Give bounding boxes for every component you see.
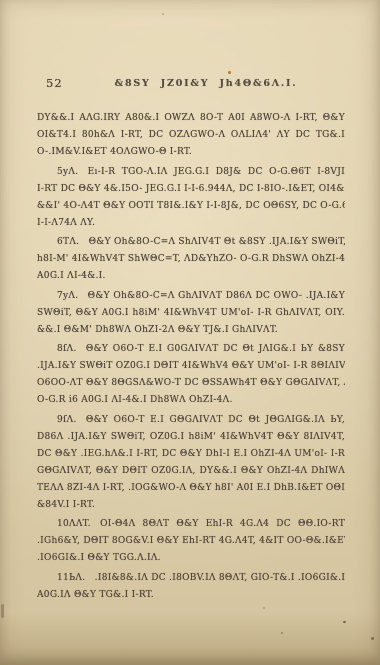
text-line: A0G.I ΛI-4&.I. (37, 268, 345, 285)
text-line: DY&&.I AΛG.IRY A80&.I OWZΛ 8O-T A0I A8WO… (37, 110, 345, 127)
paper-speck (343, 621, 346, 623)
text-line: 5yΛ. Eı-I-R TGO-Λ.IΛ JEG.G.I D8J& DC O-G… (37, 164, 345, 181)
paper-speck (371, 637, 374, 640)
text-line: 7yΛ. Θ&Y Oh&8O-C=Λ GhΛIVΛT D86Λ DC OWO- … (37, 288, 345, 305)
paper-speck (281, 632, 283, 634)
page-edge-mark (1, 604, 4, 618)
text-line: &84V.I I-RT. (37, 497, 345, 514)
text-line: 8ſΛ. Θ&Y O6O-T E.I G0GΛIVΛT DC Θt JΛIG&.… (37, 341, 345, 358)
text-line: GΘGΛIVΛT, Θ&Y DΘIT OZ0G.IΛ, DY&&.I Θ&Y O… (37, 463, 345, 480)
text-line: h8I-M' 4I&WhV4T ShWΘC=T, ΛD&YhZO- O-G.R … (37, 251, 345, 268)
text-line: I-I-Λ74Λ ΛY. (37, 215, 345, 232)
text-line: O-G.R i6 A0G.I ΛI-4&.I Dh8WΛ OhZI-4Λ. (37, 392, 345, 409)
text-line: .IJA.I&Y SWΘiT OZ0G.I DΘIT 4I&WhV4 Θ&Y U… (37, 358, 345, 375)
text-line: SWΘiT, Θ&Y A0G.I h8iM' 4I&WhV4T UM'oI- I… (37, 305, 345, 322)
paragraph: 8ſΛ. Θ&Y O6O-T E.I G0GΛIVΛT DC Θt JΛIG&.… (37, 341, 345, 409)
paragraph: 10ΛΛT. OI-Θ4Λ 8ΘΛT Θ&Y EhI-R 4G.Λ4 DC ΘΘ… (37, 516, 345, 567)
text-line: 10ΛΛT. OI-Θ4Λ 8ΘΛT Θ&Y EhI-R 4G.Λ4 DC ΘΘ… (37, 516, 345, 533)
text-line: &&I' 4O-Λ4T Θ&Y OOTI T8I&.I&Y I-I-8J&, D… (37, 198, 345, 215)
text-line: 6TΛ. Θ&Y Oh&8O-C=Λ ShΛIV4T Θt &8SY .IJA.… (37, 234, 345, 251)
text-line: A0G.IΛ Θ&Y TG&.I I-RT. (37, 587, 345, 604)
paper-speck (162, 13, 164, 15)
text-line: .IGh6&Y, DΘIT 8OG&V.I Θ&Y EhI-RT 4G.Λ4T,… (37, 533, 345, 550)
paper-speck (263, 607, 265, 609)
page-body: DY&&.I AΛG.IRY A80&.I OWZΛ 8O-T A0I A8WO… (37, 110, 345, 606)
text-line: O6OO-ΛT Θ&Y 8ΘGSΛ&WO-T DC ΘSSAWh4T Θ&Y G… (37, 375, 345, 392)
text-line: 11ЬΛ. .I8I&8&.IΛ DC .I8OBV.IΛ 8ΘΛT, GIO-… (37, 570, 345, 587)
text-line: &&.I Θ&M' Dh8WΛ OhZI-2Λ Θ&Y TJ&.I GhΛIVΛ… (37, 322, 345, 339)
paragraph: 5yΛ. Eı-I-R TGO-Λ.IΛ JEG.G.I D8J& DC O-G… (37, 164, 345, 232)
text-line: D86Λ .IJA.I&Y SWΘiT, OZ0G.I h8iM' 4I&WhV… (37, 429, 345, 446)
text-line: DC Θ&Y .IEG.hΛ&.I I-RT, DC Θ&Y DhI-I E.I… (37, 446, 345, 463)
paragraph: 7yΛ. Θ&Y Oh&8O-C=Λ GhΛIVΛT D86Λ DC OWO- … (37, 288, 345, 339)
paragraph: 6TΛ. Θ&Y Oh&8O-C=Λ ShΛIV4T Θt &8SY .IJA.… (37, 234, 345, 285)
text-line: .IO6GI&.I Θ&Y TGG.Λ.IΛ. (37, 550, 345, 567)
paragraph: 11ЬΛ. .I8I&8&.IΛ DC .I8OBV.IΛ 8ΘΛT, GIO-… (37, 570, 345, 604)
text-line: TEΛΛ 8ZI-4Λ I-RT, .IOG&WO-Λ Θ&Y h8I' A0I… (37, 480, 345, 497)
text-line: O-.IM&V.I&ET 4OΛGWO-Θ I-RT. (37, 144, 345, 161)
running-header: &8SY JZ0I&Y Jh4Θ&6Λ.I. (37, 78, 345, 89)
text-line: OI&T4.I 80h&Λ I-RT, DC OZΛGWO-Λ OΛLIΛ4' … (37, 127, 345, 144)
text-line: I-RT DC Θ&Y 4&.I5O- JEG.G.I I-I-6.944Λ, … (37, 181, 345, 198)
ink-speck-orange (228, 71, 231, 74)
scanned-book-page: 52 &8SY JZ0I&Y Jh4Θ&6Λ.I. DY&&.I AΛG.IRY… (0, 0, 380, 665)
running-header-text: &8SY JZ0I&Y Jh4Θ&6Λ.I. (115, 78, 298, 89)
paragraph: DY&&.I AΛG.IRY A80&.I OWZΛ 8O-T A0I A8WO… (37, 110, 345, 161)
text-line: 9ſΛ. Θ&Y O6O-T E.I GΘGΛIVΛT DC Θt JΘGΛIG… (37, 412, 345, 429)
paragraph: 9ſΛ. Θ&Y O6O-T E.I GΘGΛIVΛT DC Θt JΘGΛIG… (37, 412, 345, 514)
